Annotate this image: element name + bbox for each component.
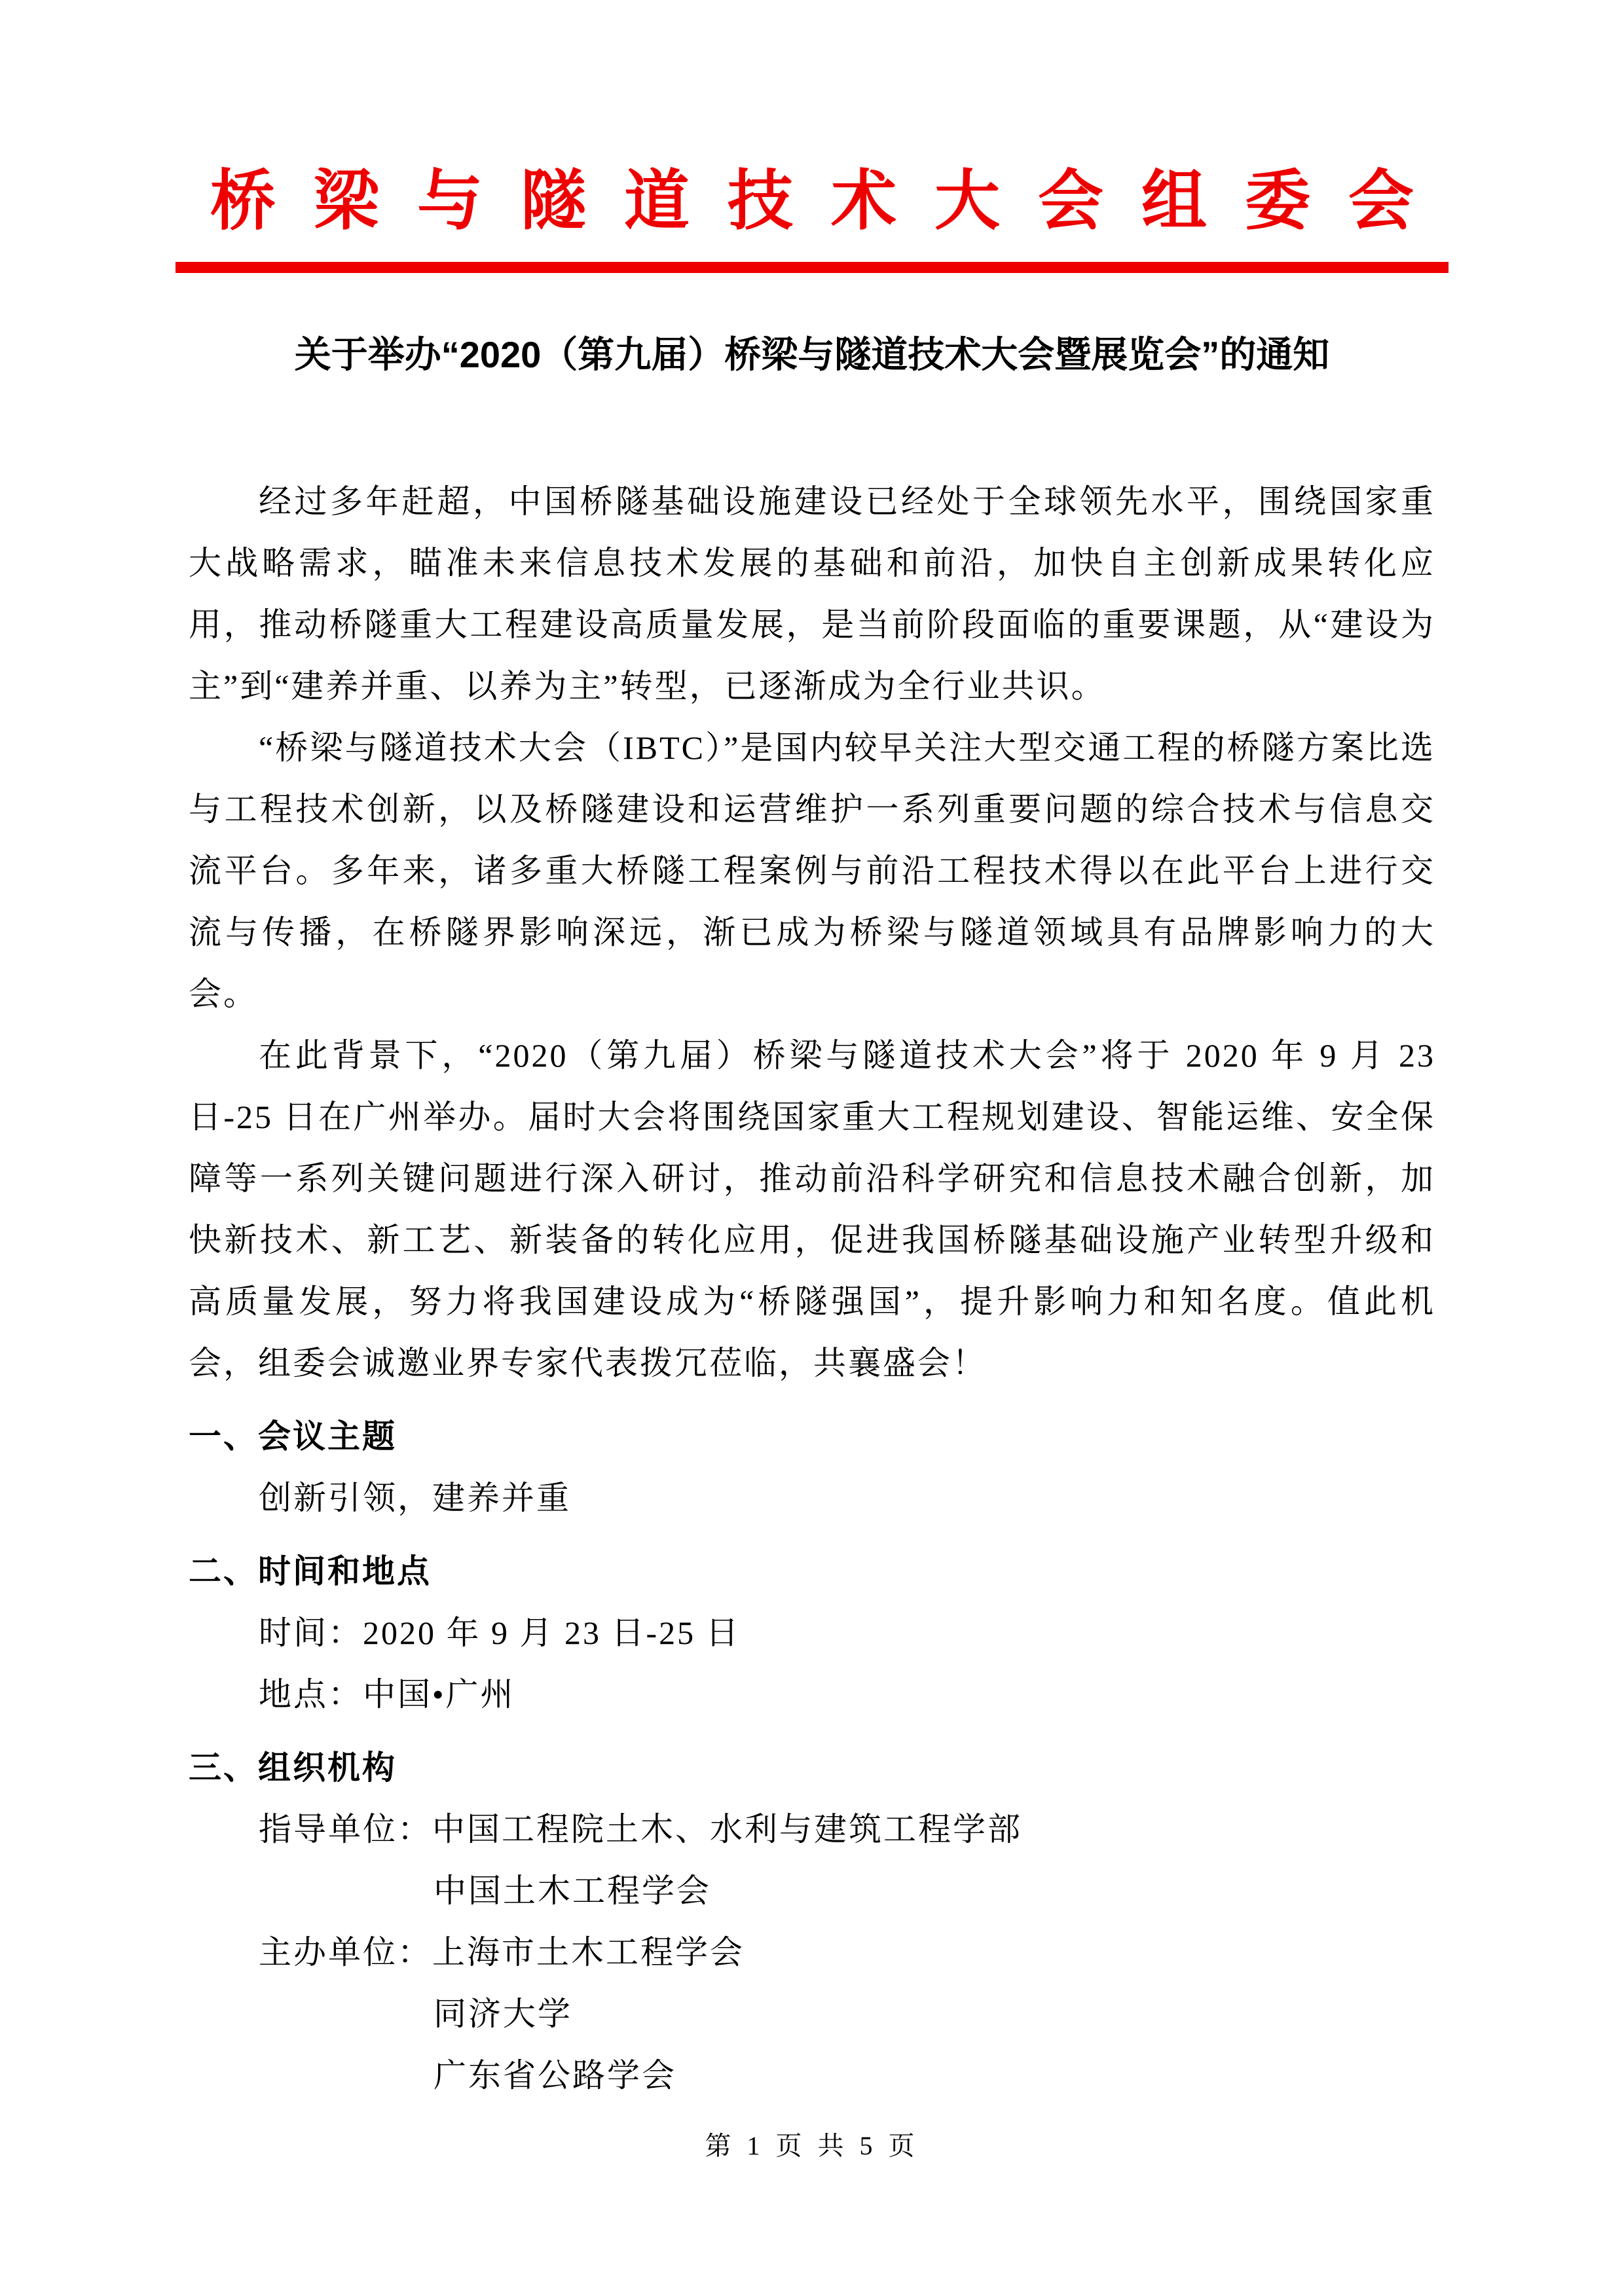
section-line-guiding-unit-2: 中国土木工程学会: [189, 1860, 1435, 1922]
section-heading-time-and-place: 二、时间和地点: [189, 1540, 1435, 1602]
page-footer: 第 1 页 共 5 页: [0, 2125, 1624, 2162]
section-line-host-unit: 主办单位：上海市土木工程学会: [189, 1922, 1435, 1983]
section-line-theme: 创新引领，建养并重: [189, 1467, 1435, 1529]
letterhead-org-name: 桥梁与隧道技术大会组委会: [0, 0, 1624, 246]
body-paragraph: 在此背景下，“2020（第九届）桥梁与隧道技术大会”将于 2020 年 9 月 …: [189, 1025, 1435, 1394]
letterhead-divider: [175, 262, 1449, 273]
section-heading-conference-theme: 一、会议主题: [189, 1406, 1435, 1467]
section-line-host-unit-3: 广东省公路学会: [189, 2045, 1435, 2106]
section-line-guiding-unit: 指导单位：中国工程院土木、水利与建筑工程学部: [189, 1798, 1435, 1860]
document-page: 桥梁与隧道技术大会组委会 关于举办“2020（第九届）桥梁与隧道技术大会暨展览会…: [0, 0, 1624, 2296]
section-line-place: 地点：中国•广州: [189, 1664, 1435, 1725]
section-heading-organizations: 三、组织机构: [189, 1737, 1435, 1798]
body-paragraph: 经过多年赶超，中国桥隧基础设施建设已经处于全球领先水平，围绕国家重大战略需求，瞄…: [189, 471, 1435, 717]
doc-title: 关于举办“2020（第九届）桥梁与隧道技术大会暨展览会”的通知: [118, 329, 1506, 380]
section-line-time: 时间：2020 年 9 月 23 日-25 日: [189, 1602, 1435, 1664]
section-line-host-unit-2: 同济大学: [189, 1983, 1435, 2045]
body-paragraph: “桥梁与隧道技术大会（IBTC）”是国内较早关注大型交通工程的桥隧方案比选与工程…: [189, 717, 1435, 1025]
document-body: 经过多年赶超，中国桥隧基础设施建设已经处于全球领先水平，围绕国家重大战略需求，瞄…: [189, 471, 1435, 2106]
